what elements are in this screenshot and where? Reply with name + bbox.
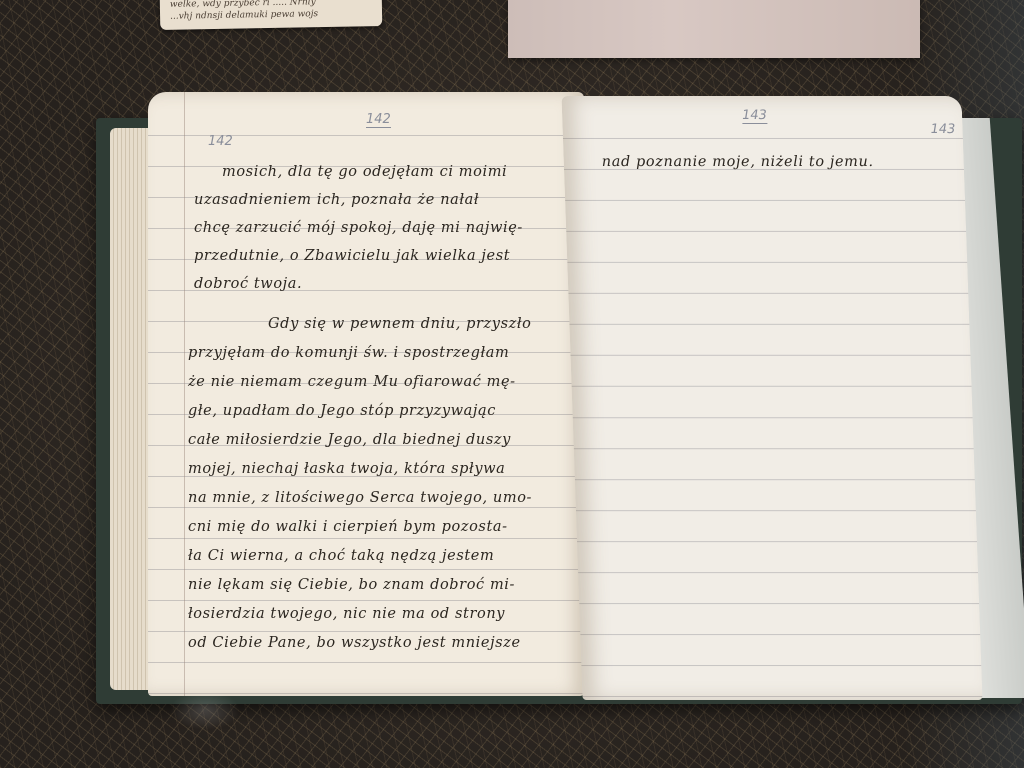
handwritten-line: cni mię do walki i cierpień bym pozosta- [188,519,508,535]
handwritten-line: nie lękam się Ciebie, bo znam dobroć mi- [188,577,515,593]
handwritten-line: całe miłosierdzie Jego, dla biednej dusz… [188,432,511,448]
handwritten-line: przyjęłam do komunji św. i spostrzegłam [188,345,509,361]
small-notebook-top-left: welke, wdy przybec ri ..... Nrnly ...vhj… [160,0,383,30]
handwritten-line: dobroć twoja. [194,276,302,292]
small-notebook-line: ...vhj ndnsji delamuki pewa wojs [170,7,372,23]
handwritten-line: od Ciebie Pane, bo wszystko jest mniejsz… [188,635,521,651]
handwritten-line: Gdy się w pewnem dniu, przyszło [268,316,531,332]
handwritten-line: uzasadnieniem ich, poznała że nałał [194,192,479,208]
left-page: 142 142 mosich, dla tę go odejęłam ci mo… [148,92,584,696]
right-page: 143 143 nad poznanie moje, niżeli to jem… [561,96,982,700]
page-number-center: 142 [366,112,391,128]
handwritten-line: łosierdzia twojego, nic nie ma od strony [188,606,505,622]
handwritten-line: mojej, niechaj łaska twoja, która spływa [188,461,505,477]
handwritten-line: że nie niemam czegum Mu ofiarować mę- [188,374,516,390]
handwritten-line: głe, upadłam do Jego stóp przyzywając [188,403,496,419]
handwritten-line: mosich, dla tę go odejęłam ci moimi [222,164,507,180]
light-glare [170,690,240,730]
handwritten-line: nad poznanie moje, niżeli to jemu. [601,154,873,170]
handwritten-line: przedutnie, o Zbawicielu jak wielka jest [194,248,510,264]
page-number-corner: 142 [208,134,233,149]
handwritten-line: na mnie, z litościwego Serca twojego, um… [188,490,532,506]
handwritten-line: chcę zarzucić mój spokoj, daję mi najwię… [194,220,523,236]
handwritten-line: ła Ci wierna, a choć taką nędzą jestem [188,548,494,564]
page-number-corner: 143 [930,122,955,137]
margin-line [184,92,185,696]
pink-paper-sheet [508,0,920,58]
page-number-center: 143 [742,108,767,124]
